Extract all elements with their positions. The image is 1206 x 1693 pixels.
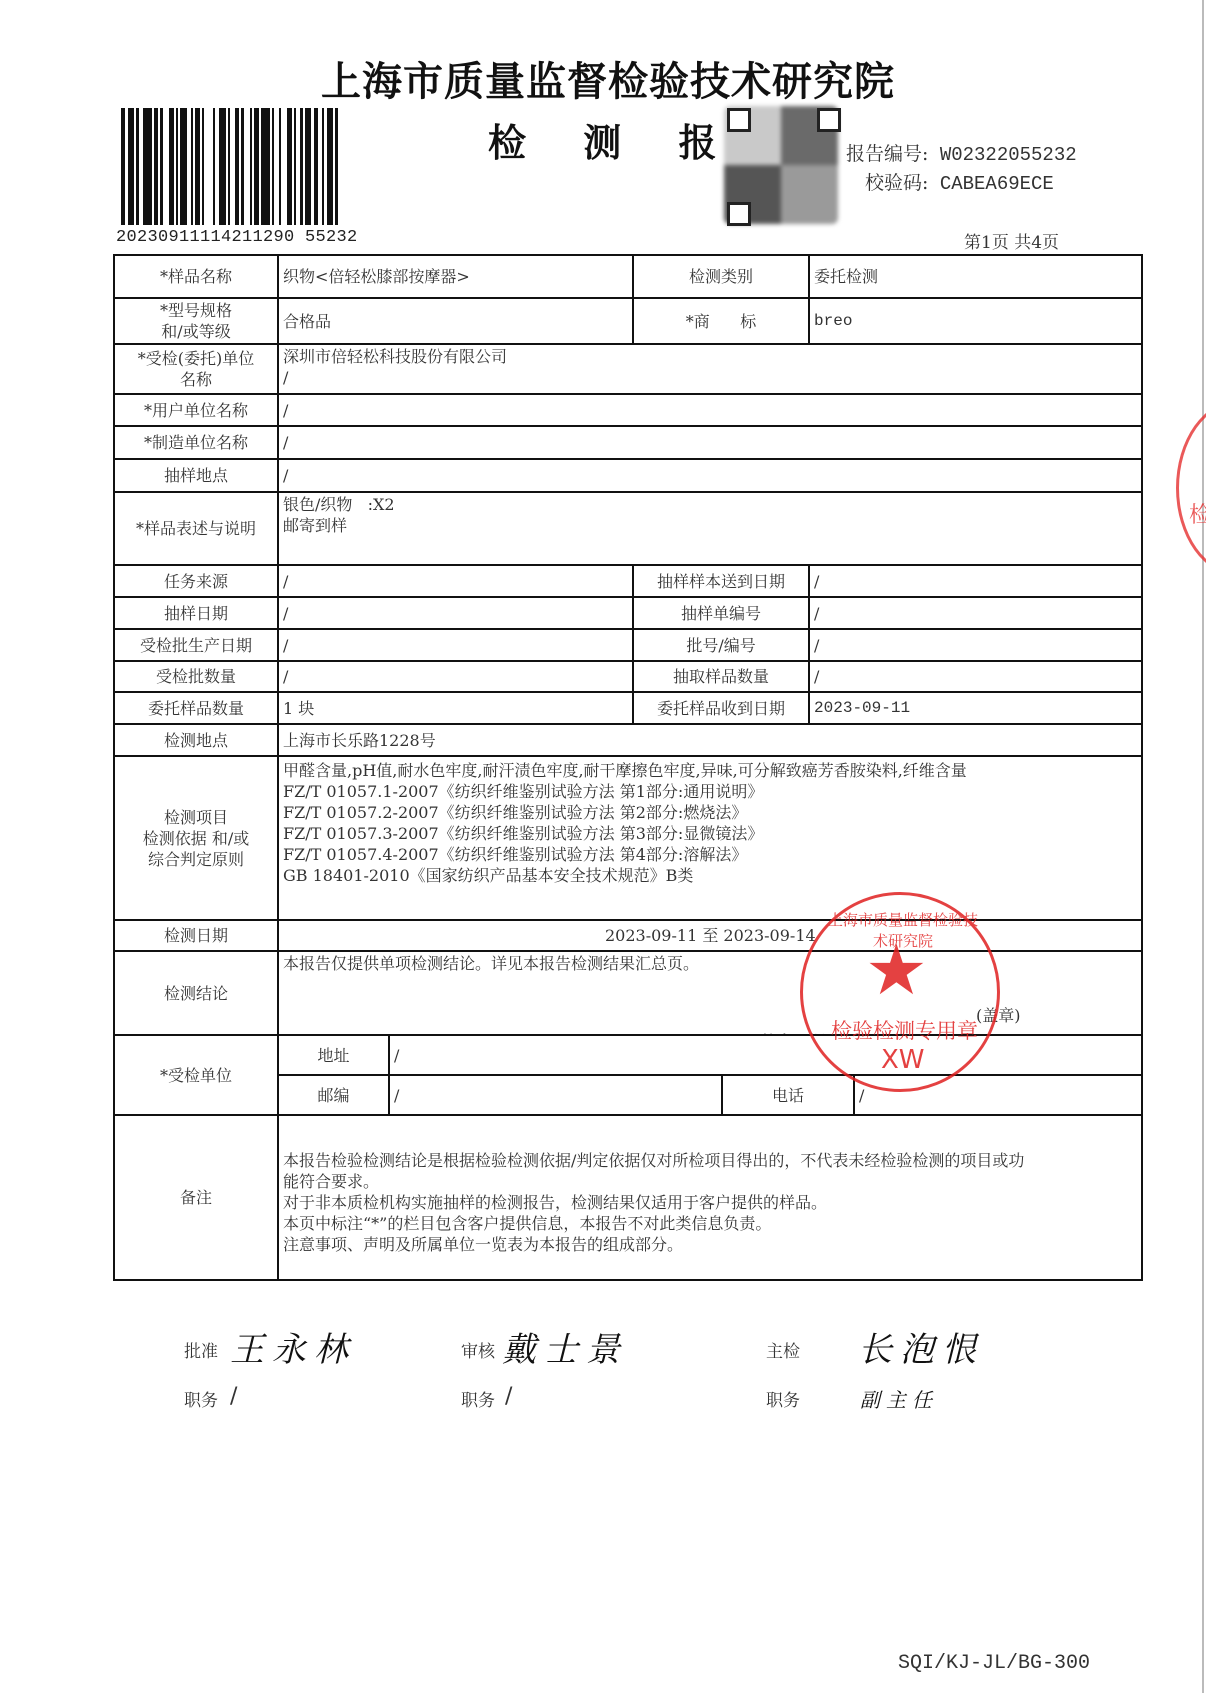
report-no: W02322055232 [940,144,1077,166]
test-standard-line: FZ/T 01057.4-2007《纺织纤维鉴别试验方法 第4部分:溶解法》 [283,844,1137,865]
model-label-line: *型号规格 [119,300,273,321]
test-items-label-line: 综合判定原则 [119,849,273,870]
table-row: 受检批数量 / 抽取样品数量 / [114,661,1142,692]
sampling-sheet-no-value: / [809,597,1142,629]
address-label: 地址 [278,1035,389,1075]
client-label-line: 名称 [119,369,273,390]
conclusion-text: 本报告仅提供单项检测结论。详见本报告检测结果汇总页。 [283,953,1137,974]
test-location-value: 上海市长乐路1228号 [278,724,1142,756]
table-row: *受检单位 地址 / [114,1035,1142,1075]
star-icon: ★ [865,935,928,1005]
remarks-value: 本报告检验检测结论是根据检验检测依据/判定依据仅对所检项目得出的，不代表未经检验… [278,1115,1142,1280]
inspector-label: 主检 [766,1337,800,1362]
phone-label: 电话 [722,1075,854,1115]
sample-name-value: 织物<倍轻松膝部按摩器> [278,255,633,298]
check-code: CABEA69ECE [940,173,1054,195]
report-meta: 报告编号: W02322055232 校验码: CABEA69ECE [846,140,1077,198]
seal-label: 检验检测专用章 [831,1015,978,1045]
test-items-value: 甲醛含量,pH值,耐水色牢度,耐汗渍色牢度,耐干摩擦色牢度,异味,可分解致癌芳香… [278,756,1142,920]
barcode-icon [121,108,342,225]
postcode-value: / [389,1075,722,1115]
table-row: *受检(委托)单位名称 深圳市倍轻松科技股份有限公司/ [114,344,1142,394]
approve-label: 批准 [184,1337,218,1362]
model-value: 合格品 [278,298,633,344]
batch-qty-value: / [278,661,633,692]
postcode-label: 邮编 [278,1075,389,1115]
client-name: 深圳市倍轻松科技股份有限公司 [283,346,1137,367]
sample-desc-line: 银色/织物 :X2 [283,494,1137,515]
table-row: *样品名称 织物<倍轻松膝部按摩器> 检测类别 委托检测 [114,255,1142,298]
entrusted-qty-label: 委托样品数量 [114,692,278,724]
user-unit-label: *用户单位名称 [114,394,278,426]
test-date-value: 2023-09-11 至 2023-09-14 [278,920,1142,951]
qr-finder-icon [727,202,751,226]
sampling-sheet-no-label: 抽样单编号 [633,597,809,629]
inspected-unit-label: *受检单位 [114,1035,278,1115]
user-unit-value: / [278,394,1142,426]
table-row: *样品表述与说明 银色/织物 :X2邮寄到样 [114,492,1142,565]
manufacturer-label: *制造单位名称 [114,426,278,459]
manufacturer-value: / [278,426,1142,459]
side-seal: 检 [1176,400,1206,576]
remark-line: 能符合要求。 [283,1171,1137,1192]
side-seal-text: 检 [1189,498,1206,529]
sampled-qty-label: 抽取样品数量 [633,661,809,692]
table-row: 检测地点 上海市长乐路1228号 [114,724,1142,756]
test-standard-line: FZ/T 01057.2-2007《纺织纤维鉴别试验方法 第2部分:燃烧法》 [283,802,1137,823]
approve-title-value: / [230,1384,237,1409]
model-label-line: 和/或等级 [119,321,273,342]
sampling-place-value: / [278,459,1142,492]
test-standard-line: GB 18401-2010《国家纺织产品基本安全技术规范》B类 [283,865,1137,886]
page-edge [1202,0,1204,1693]
conclusion-value: 本报告仅提供单项检测结论。详见本报告检测结果汇总页。 (盖章) 签发日期: 20… [278,951,1142,1035]
institute-title: 上海市质量监督检验技术研究院 [0,50,1206,107]
seal-code: XW [881,1045,925,1075]
conclusion-label: 检测结论 [114,951,278,1035]
entrusted-qty-value: 1 块 [278,692,633,724]
inspector-title-label: 职务 [766,1386,800,1411]
test-items-label-line: 检测依据 和/或 [119,828,273,849]
task-source-value: / [278,565,633,597]
qr-finder-icon [817,108,841,132]
form-code: SQI/KJ-JL/BG-300 [898,1652,1090,1675]
check-code-label: 校验码: [865,172,928,194]
table-row: 抽样日期 / 抽样单编号 / [114,597,1142,629]
table-row: *型号规格和/或等级 合格品 *商 标 breo [114,298,1142,344]
table-row: 委托样品数量 1 块 委托样品收到日期 2023-09-11 [114,692,1142,724]
test-date-label: 检测日期 [114,920,278,951]
remark-line: 本报告检验检测结论是根据检验检测依据/判定依据仅对所检项目得出的，不代表未经检验… [283,1150,1137,1171]
barcode-number: 20230911114211290 55232 [116,228,358,247]
table-row: 任务来源 / 抽样样本送到日期 / [114,565,1142,597]
batch-prod-date-value: / [278,629,633,661]
report-no-label: 报告编号: [846,143,928,165]
sampling-place-label: 抽样地点 [114,459,278,492]
sampled-qty-value: / [809,661,1142,692]
test-location-label: 检测地点 [114,724,278,756]
table-row: *用户单位名称 / [114,394,1142,426]
remarks-label: 备注 [114,1115,278,1280]
sample-delivery-date-value: / [809,565,1142,597]
batch-qty-label: 受检批数量 [114,661,278,692]
approve-signature: 王永林 [230,1322,356,1371]
client-label: *受检(委托)单位名称 [114,344,278,394]
received-date-value: 2023-09-11 [809,692,1142,724]
sample-name-label: *样品名称 [114,255,278,298]
remark-line: 注意事项、声明及所属单位一览表为本报告的组成部分。 [283,1234,1137,1255]
test-category-label: 检测类别 [633,255,809,298]
sample-desc-value: 银色/织物 :X2邮寄到样 [278,492,1142,565]
test-standard-line: FZ/T 01057.1-2007《纺织纤维鉴别试验方法 第1部分:通用说明》 [283,781,1137,802]
qr-finder-icon [727,108,751,132]
report-table: *样品名称 织物<倍轻松膝部按摩器> 检测类别 委托检测 *型号规格和/或等级 … [113,254,1143,1281]
trademark-label: *商 标 [633,298,809,344]
review-title-label: 职务 [461,1386,495,1411]
review-signature: 戴士景 [502,1322,628,1371]
remark-line: 对于非本质检机构实施抽样的检测报告，检测结果仅适用于客户提供的样品。 [283,1192,1137,1213]
table-row: *制造单位名称 / [114,426,1142,459]
table-row: 备注 本报告检验检测结论是根据检验检测依据/判定依据仅对所检项目得出的，不代表未… [114,1115,1142,1280]
sampling-date-label: 抽样日期 [114,597,278,629]
batch-prod-date-label: 受检批生产日期 [114,629,278,661]
test-items-label: 检测项目 检测依据 和/或 综合判定原则 [114,756,278,920]
client-value: 深圳市倍轻松科技股份有限公司/ [278,344,1142,394]
sample-desc-label: *样品表述与说明 [114,492,278,565]
inspector-signature: 长泡恨 [858,1322,984,1371]
model-label: *型号规格和/或等级 [114,298,278,344]
task-source-label: 任务来源 [114,565,278,597]
test-category-value: 委托检测 [809,255,1142,298]
trademark-value: breo [809,298,1142,344]
sample-desc-line: 邮寄到样 [283,515,1137,536]
qr-finder-patterns [727,108,841,226]
address-value: / [389,1035,1142,1075]
batch-no-label: 批号/编号 [633,629,809,661]
client-label-line: *受检(委托)单位 [119,348,273,369]
sample-delivery-date-label: 抽样样本送到日期 [633,565,809,597]
review-label: 审核 [461,1337,495,1362]
sampling-date-value: / [278,597,633,629]
test-standard-line: FZ/T 01057.3-2007《纺织纤维鉴别试验方法 第3部分:显微镜法》 [283,823,1137,844]
client-extra: / [283,367,1137,388]
official-seal: 上海市质量监督检验技术研究院 ★ 检验检测专用章 XW [800,892,1000,1092]
approve-title-label: 职务 [184,1386,218,1411]
table-row: 受检批生产日期 / 批号/编号 / [114,629,1142,661]
page-info: 第1页 共4页 [964,228,1059,253]
table-row: 检测项目 检测依据 和/或 综合判定原则 甲醛含量,pH值,耐水色牢度,耐汗渍色… [114,756,1142,920]
review-title-value: / [505,1384,512,1409]
received-date-label: 委托样品收到日期 [633,692,809,724]
remark-line: 本页中标注“*”的栏目包含客户提供信息，本报告不对此类信息负责。 [283,1213,1137,1234]
inspector-title-value: 副主任 [860,1384,938,1413]
batch-no-value: / [809,629,1142,661]
test-item-line: 甲醛含量,pH值,耐水色牢度,耐汗渍色牢度,耐干摩擦色牢度,异味,可分解致癌芳香… [283,760,1137,781]
test-items-label-line: 检测项目 [119,807,273,828]
table-row: 抽样地点 / [114,459,1142,492]
